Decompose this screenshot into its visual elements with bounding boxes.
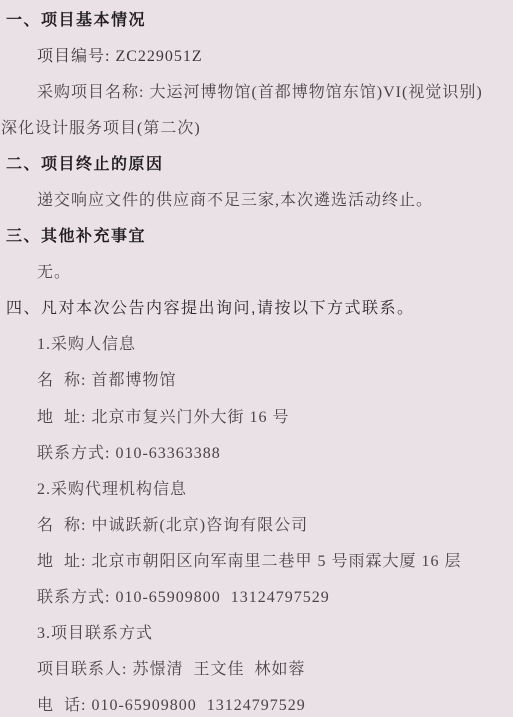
project-contact-phone-line: 电 话: 010-65909800 13124797529 [0, 686, 513, 717]
supplementary-none-line: 无。 [0, 253, 513, 289]
section-3-heading: 三、其他补充事宜 [0, 217, 513, 253]
purchaser-contact-line: 联系方式: 010-63363388 [0, 433, 513, 469]
project-number-line: 项目编号: ZC229051Z [0, 36, 513, 72]
procurement-project-name-line2: 深化设计服务项目(第二次) [0, 108, 513, 144]
project-contact-block: 3.项目联系方式 项目联系人: 苏憬清 王文佳 林如蓉 电 话: 010-659… [0, 614, 513, 717]
project-contact-title: 3.项目联系方式 [0, 614, 513, 650]
agency-name-line: 名 称: 中诚跃新(北京)咨询有限公司 [0, 505, 513, 541]
section-2: 二、项目终止的原因 递交响应文件的供应商不足三家,本次遴选活动终止。 [0, 144, 513, 216]
procurement-project-name-line1: 采购项目名称: 大运河博物馆(首都博物馆东馆)VI(视觉识别) [0, 72, 513, 108]
purchaser-info-block: 1.采购人信息 名 称: 首都博物馆 地 址: 北京市复兴门外大街 16 号 联… [0, 325, 513, 469]
section-2-heading: 二、项目终止的原因 [0, 144, 513, 180]
section-3: 三、其他补充事宜 无。 [0, 217, 513, 289]
termination-reason-line: 递交响应文件的供应商不足三家,本次遴选活动终止。 [0, 180, 513, 216]
project-contact-persons-line: 项目联系人: 苏憬清 王文佳 林如蓉 [0, 650, 513, 686]
purchaser-info-title: 1.采购人信息 [0, 325, 513, 361]
section-4-heading: 四、凡对本次公告内容提出询问,请按以下方式联系。 [0, 289, 513, 325]
agency-address-line: 地 址: 北京市朝阳区向军南里二巷甲 5 号雨霖大厦 16 层 [0, 541, 513, 577]
purchaser-name-line: 名 称: 首都博物馆 [0, 361, 513, 397]
agency-contact-line: 联系方式: 010-65909800 13124797529 [0, 578, 513, 614]
section-4: 四、凡对本次公告内容提出询问,请按以下方式联系。 1.采购人信息 名 称: 首都… [0, 289, 513, 717]
section-1: 一、项目基本情况 项目编号: ZC229051Z 采购项目名称: 大运河博物馆(… [0, 0, 513, 144]
agency-info-block: 2.采购代理机构信息 名 称: 中诚跃新(北京)咨询有限公司 地 址: 北京市朝… [0, 469, 513, 613]
section-1-heading: 一、项目基本情况 [0, 0, 513, 36]
announcement-document: 一、项目基本情况 项目编号: ZC229051Z 采购项目名称: 大运河博物馆(… [0, 0, 513, 717]
agency-info-title: 2.采购代理机构信息 [0, 469, 513, 505]
purchaser-address-line: 地 址: 北京市复兴门外大街 16 号 [0, 397, 513, 433]
